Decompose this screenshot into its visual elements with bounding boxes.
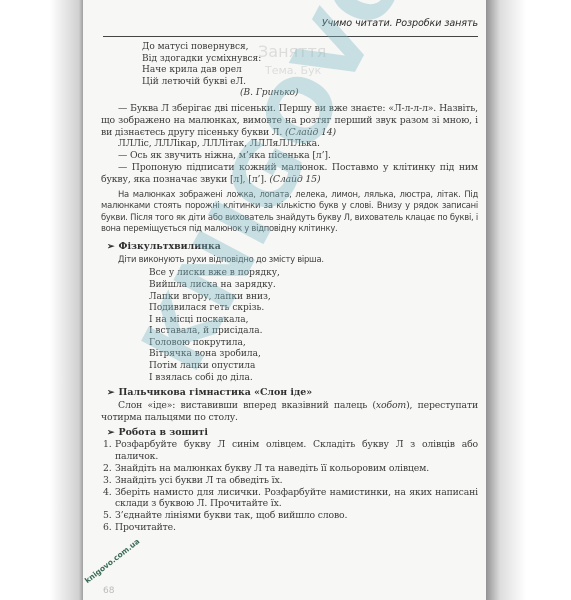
teacher-paragraph: — Буква Л зберігає дві пісеньки. Першу в… — [101, 103, 478, 138]
section-heading-finger-gym: ➢Пальчикова гімнастика «Слон іде» — [101, 387, 478, 400]
description-paragraph: На малюнках зображені ложка, лопата, лел… — [101, 189, 478, 235]
task-item: 6.Прочитайте. — [101, 522, 478, 534]
section-heading-fizkult: ➢Фізкультхвилинка — [101, 241, 478, 254]
page-shadow-left — [50, 0, 84, 600]
slide-reference: (Слайд 15) — [269, 174, 320, 185]
poem-riddle: До матусі повернувся, Від здогадки усміх… — [101, 42, 478, 100]
page-number: 68 — [103, 586, 114, 596]
task-item: 3.Знайдіть усі букви Л та обведіть їх. — [101, 475, 478, 487]
slide-reference: (Слайд 14) — [285, 127, 336, 138]
poem-line: І вставала, й присідала. — [149, 326, 478, 338]
poem-line: Наче крила дав орел — [142, 65, 478, 77]
teacher-paragraph: — Ось як звучить ніжна, м’яка пісенька [… — [101, 150, 478, 162]
page-content: До матусі повернувся, Від здогадки усміх… — [101, 42, 478, 534]
task-item: 2.Знайдіть на малюнках букву Л та наведі… — [101, 463, 478, 475]
poem-line: Лапки вгору, лапки вниз, — [149, 292, 478, 304]
poem-line: Потім лапки опустила — [149, 361, 478, 373]
task-item: 1.Розфарбуйте букву Л синім олівцем. Скл… — [101, 439, 478, 463]
poem-line: І на місці поскакала, — [149, 315, 478, 327]
poem-line: Подивилася геть скрізь. — [149, 303, 478, 315]
teacher-paragraph: — Пропоную підписати кожний малюнок. Пос… — [101, 162, 478, 186]
header-rule — [103, 36, 478, 37]
book-page: Заняття Тема. Бук Учимо читати. Розробки… — [83, 0, 486, 600]
section-intro: Діти виконують рухи відповідно до змісту… — [101, 254, 478, 266]
task-item: 4.Зберіть намисто для лисички. Розфарбуй… — [101, 487, 478, 511]
section-text: Слон «іде»: виставивши вперед вказівний … — [101, 400, 478, 424]
poem-line: Від здогадки усміхнувся: — [142, 54, 478, 66]
running-head: Учимо читати. Розробки занять — [322, 18, 478, 29]
poem-line: Головою покрутила, — [149, 338, 478, 350]
sound-words: ЛЛЛіс, ЛЛЛікар, ЛЛЛітак, ЛЛЛяЛЛЛька. — [101, 138, 478, 150]
poem-line: Цій летючій букві еЛ. — [142, 77, 478, 89]
poem-line: Вітрячка вона зробила, — [149, 349, 478, 361]
section-heading-workbook: ➢Робота в зошиті — [101, 427, 478, 440]
arrow-bullet-icon: ➢ — [107, 242, 115, 254]
poem-line: Все у лиски вже в порядку, — [149, 268, 478, 280]
poem-attribution: (В. Гринько) — [142, 88, 478, 100]
arrow-bullet-icon: ➢ — [107, 388, 115, 400]
task-list: 1.Розфарбуйте букву Л синім олівцем. Скл… — [101, 439, 478, 533]
arrow-bullet-icon: ➢ — [107, 428, 115, 440]
poem-line: До матусі повернувся, — [142, 42, 478, 54]
poem-line: І взялась собі до діла. — [149, 373, 478, 385]
poem-line: Вийшла лиска на зарядку. — [149, 280, 478, 292]
page-shadow-right — [486, 0, 526, 600]
task-item: 5.З’єднайте лініями букви так, щоб вийшл… — [101, 510, 478, 522]
poem-exercise: Все у лиски вже в порядку, Вийшла лиска … — [101, 268, 478, 384]
